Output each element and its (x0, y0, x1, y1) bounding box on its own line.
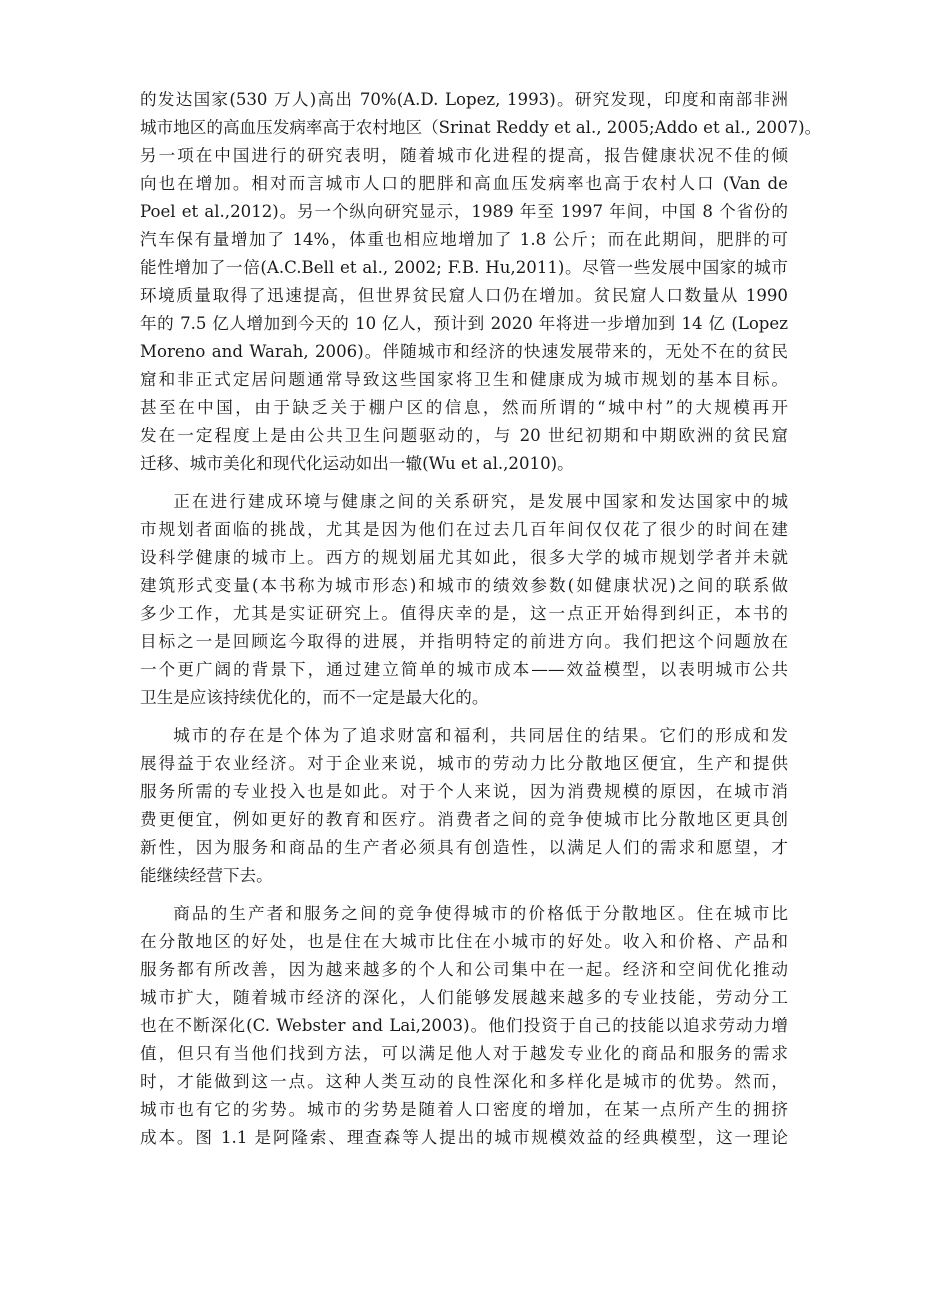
text-line: 值，但只有当他们找到方法，可以满足他人对于越发专业化的商品和服务的需求 (140, 1040, 788, 1068)
text-line: 多少工作，尤其是实证研究上。值得庆幸的是，这一点正开始得到纠正，本书的 (140, 600, 788, 628)
text-line: 年的 7.5 亿人增加到今天的 10 亿人，预计到 2020 年将进一步增加到 … (140, 310, 788, 338)
text-line: 甚至在中国，由于缺乏关于棚户区的信息，然而所谓的“城中村”的大规模再开 (140, 394, 788, 422)
text-line: Poel et al.,2012)。另一个纵向研究显示，1989 年至 1997… (140, 198, 788, 226)
text-line: 设科学健康的城市上。西方的规划届尤其如此，很多大学的城市规划学者并未就 (140, 544, 788, 572)
paragraph-3: 城市的存在是个体为了追求财富和福利，共同居住的结果。它们的形成和发 展得益于农业… (140, 722, 788, 890)
text-line: 城市的存在是个体为了追求财富和福利，共同居住的结果。它们的形成和发 (140, 722, 788, 750)
text-line: 一个更广阔的背景下，通过建立简单的城市成本——效益模型，以表明城市公共 (140, 656, 788, 684)
paragraph-1: 的发达国家(530 万人)高出 70%(A.D. Lopez, 1993)。研究… (140, 86, 788, 478)
text-line: 在分散地区的好处，也是住在大城市比住在小城市的好处。收入和价格、产品和 (140, 928, 788, 956)
text-line: 服务都有所改善，因为越来越多的个人和公司集中在一起。经济和空间优化推动 (140, 956, 788, 984)
text-line: 能性增加了一倍(A.C.Bell et al., 2002; F.B. Hu,2… (140, 254, 788, 282)
text-line: 的发达国家(530 万人)高出 70%(A.D. Lopez, 1993)。研究… (140, 86, 788, 114)
text-line: 也在不断深化(C. Webster and Lai,2003)。他们投资于自己的… (140, 1012, 788, 1040)
text-line: 另一项在中国进行的研究表明，随着城市化进程的提高，报告健康状况不佳的倾 (140, 142, 788, 170)
text-line: 商品的生产者和服务之间的竞争使得城市的价格低于分散地区。住在城市比 (140, 900, 788, 928)
text-line: 环境质量取得了迅速提高，但世界贫民窟人口仍在增加。贫民窟人口数量从 1990 (140, 282, 788, 310)
text-line: 城市也有它的劣势。城市的劣势是随着人口密度的增加，在某一点所产生的拥挤 (140, 1096, 788, 1124)
text-line: 费更便宜，例如更好的教育和医疗。消费者之间的竞争使城市比分散地区更具创 (140, 806, 788, 834)
text-line: Moreno and Warah, 2006)。伴随城市和经济的快速发展带来的，… (140, 338, 788, 366)
document-page: 的发达国家(530 万人)高出 70%(A.D. Lopez, 1993)。研究… (140, 86, 788, 1162)
text-line: 目标之一是回顾迄今取得的进展，并指明特定的前进方向。我们把这个问题放在 (140, 628, 788, 656)
paragraph-4: 商品的生产者和服务之间的竞争使得城市的价格低于分散地区。住在城市比 在分散地区的… (140, 900, 788, 1152)
text-line: 汽车保有量增加了 14%，体重也相应地增加了 1.8 公斤；而在此期间，肥胖的可 (140, 226, 788, 254)
text-line: 建筑形式变量(本书称为城市形态)和城市的绩效参数(如健康状况)之间的联系做 (140, 572, 788, 600)
text-line: 时，才能做到这一点。这种人类互动的良性深化和多样化是城市的优势。然而， (140, 1068, 788, 1096)
text-line: 新性，因为服务和商品的生产者必须具有创造性，以满足人们的需求和愿望，才 (140, 834, 788, 862)
paragraph-2: 正在进行建成环境与健康之间的关系研究，是发展中国家和发达国家中的城 市规划者面临… (140, 488, 788, 712)
text-line: 能继续经营下去。 (140, 862, 788, 890)
text-line: 向也在增加。相对而言城市人口的肥胖和高血压发病率也高于农村人口 (Van de (140, 170, 788, 198)
text-line: 服务所需的专业投入也是如此。对于个人来说，因为消费规模的原因，在城市消 (140, 778, 788, 806)
text-line: 卫生是应该持续优化的，而不一定是最大化的。 (140, 684, 788, 712)
text-line: 窟和非正式定居问题通常导致这些国家将卫生和健康成为城市规划的基本目标。 (140, 366, 788, 394)
text-line: 迁移、城市美化和现代化运动如出一辙(Wu et al.,2010)。 (140, 450, 788, 478)
text-line: 成本。图 1.1 是阿隆索、理查森等人提出的城市规模效益的经典模型，这一理论 (140, 1124, 788, 1152)
text-line: 展得益于农业经济。对于企业来说，城市的劳动力比分散地区便宜，生产和提供 (140, 750, 788, 778)
text-line: 城市扩大，随着城市经济的深化，人们能够发展越来越多的专业技能，劳动分工 (140, 984, 788, 1012)
text-line: 城市地区的高血压发病率高于农村地区（Srinat Reddy et al., 2… (140, 114, 788, 142)
text-line: 正在进行建成环境与健康之间的关系研究，是发展中国家和发达国家中的城 (140, 488, 788, 516)
text-line: 市规划者面临的挑战，尤其是因为他们在过去几百年间仅仅花了很少的时间在建 (140, 516, 788, 544)
text-line: 发在一定程度上是由公共卫生问题驱动的，与 20 世纪初期和中期欧洲的贫民窟 (140, 422, 788, 450)
